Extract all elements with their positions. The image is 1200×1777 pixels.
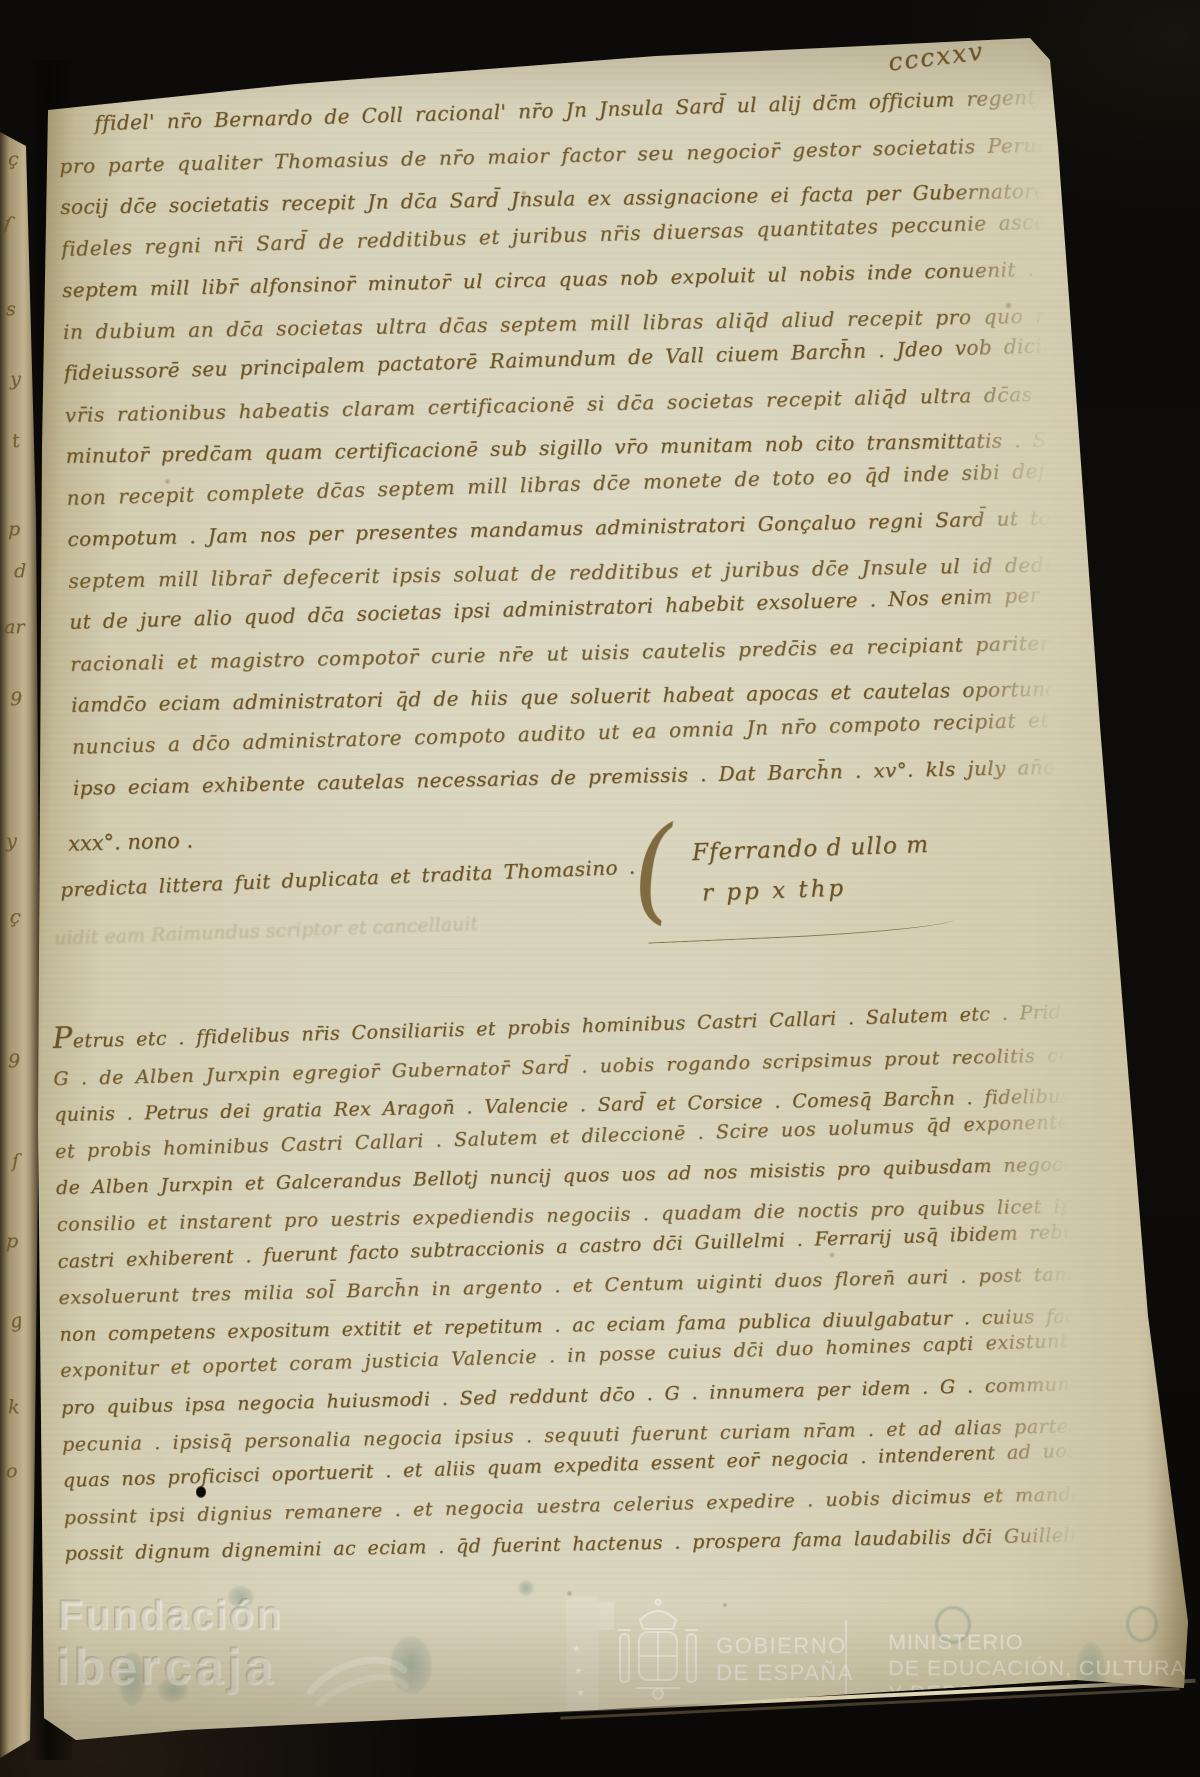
ministerio-line1: MINISTERIO: [888, 1630, 1186, 1656]
prev-page-text-fragment: ſ: [12, 1150, 19, 1172]
letter-entry-2: Petrus etc . ffidelibus nr̄is Consiliari…: [52, 996, 1083, 1573]
signature-name: Fferrando d ullo m: [692, 832, 930, 866]
star-icon: ★: [576, 1688, 585, 1699]
prev-page-text-fragment: ç: [8, 148, 19, 170]
watermark-divider: [845, 1620, 847, 1702]
ministerio-line2: DE EDUCACIÓN, CULTURA: [888, 1656, 1186, 1682]
signature-flourish: [648, 919, 954, 943]
prev-page-text-fragment: t: [11, 430, 22, 453]
chancery-signature: ( Fferrando d ullo m r pp x thp: [636, 814, 986, 944]
ibercaja-watermark-line2: ibercaja: [56, 1638, 277, 1696]
foxing-spot: [520, 190, 528, 196]
prev-page-text-fragment: s: [6, 298, 16, 320]
faded-cancelled-note: uidit eam Raimundus scriptor et cancella…: [54, 913, 479, 950]
year-line: xxx°. nono .: [68, 828, 194, 855]
prev-page-text-fragment: ç: [9, 906, 22, 929]
prev-page-text-fragment: p: [8, 518, 20, 540]
ibercaja-watermark-line1: Fundación: [58, 1592, 283, 1639]
prev-page-text-fragment: o: [6, 1460, 17, 1482]
gobierno-line2: DE ESPAÑA: [716, 1659, 854, 1686]
prev-page-text-fragment: y: [6, 830, 17, 852]
star-icon: ★: [574, 1666, 583, 1677]
prev-page-text-fragment: y: [10, 368, 21, 390]
prev-page-text-fragment: p: [6, 1230, 18, 1252]
prev-page-text-fragment: ſ: [2, 213, 13, 236]
prev-page-text-fragment: g: [8, 1309, 24, 1333]
letter-entry-1: ffidel' nr̄o Bernardo de Coll racional' …: [58, 82, 1061, 809]
spain-coat-of-arms-icon: [610, 1598, 706, 1714]
prev-page-text-fragment: 9: [10, 688, 22, 710]
mold-stain: [518, 1580, 534, 1596]
gobierno-line1: GOBIERNO: [716, 1632, 854, 1659]
ibercaja-logo-icon: [304, 1646, 414, 1710]
gobierno-watermark-text: GOBIERNO DE ESPAÑA: [716, 1632, 854, 1686]
signature-abbreviations: r pp x thp: [702, 875, 847, 906]
prev-page-text-fragment: ar: [4, 616, 24, 638]
manuscript-photo: ç ſ s y t p d ar 9 y ç 9 ſ p g k o cccxx…: [0, 0, 1200, 1777]
prev-page-text-fragment: k: [8, 1396, 20, 1418]
foxing-spot: [1004, 302, 1013, 309]
docket-note: predicta littera fuit duplicata et tradi…: [60, 854, 636, 901]
wormhole: [196, 1486, 206, 1498]
prev-page-text-fragment: d: [14, 560, 26, 582]
prev-page-text-fragment: 9: [8, 1050, 20, 1072]
manuscript-page: cccxxv ffidel' nr̄o Bernardo de Coll rac…: [36, 26, 1196, 1742]
ibercaja-watermark: Fundación ibercaja: [56, 1590, 476, 1730]
star-icon: ★: [572, 1644, 581, 1655]
foxing-spot: [164, 478, 171, 485]
foxing-spot: [828, 1252, 836, 1258]
signature-bracket: (: [628, 803, 679, 937]
folio-number: cccxxv: [887, 36, 986, 77]
